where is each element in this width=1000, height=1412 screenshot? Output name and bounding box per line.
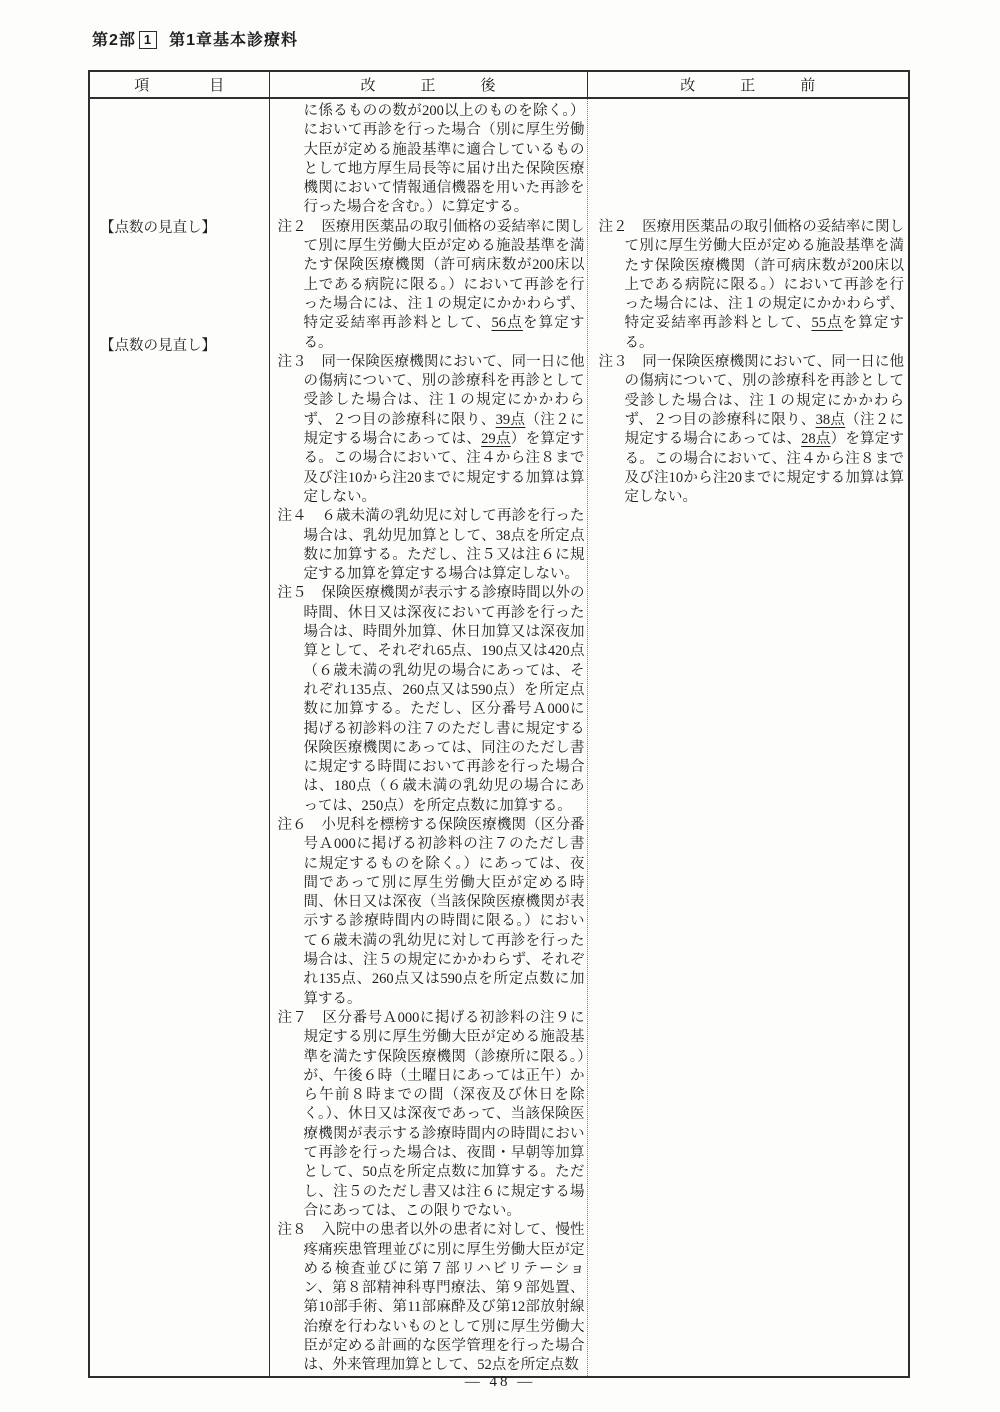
- doc-header-part: 第2部: [92, 32, 136, 49]
- note-text: ６歳未満の乳幼児に対して再診を行った場合は、乳幼児加算として、38点を所定点数に…: [304, 508, 585, 582]
- after-cell: に係るものの数が200以上のものを除く。）において再診を行った場合（別に厚生労働…: [269, 98, 587, 1377]
- points-value-underlined: 38点: [816, 412, 846, 428]
- note-block-注５: 注５ 保険医療機関が表示する診療時間以外の時間、休日又は深夜において再診を行った…: [278, 584, 585, 816]
- revision-table: 項 目 改 正 後 改 正 前 【点数の見直し】 【点数の見直し】 に係るものの…: [88, 70, 910, 1378]
- points-value-underlined: 28点: [801, 431, 830, 447]
- doc-header-boxed-number: 1: [139, 31, 157, 49]
- page: { "header": { "part": "第2部", "boxed_numb…: [0, 0, 1000, 1412]
- note-label: 注６: [278, 817, 322, 833]
- note-block-continuation: に係るものの数が200以上のものを除く。）において再診を行った場合（別に厚生労働…: [278, 102, 585, 218]
- note-block-注４: 注４ ６歳未満の乳幼児に対して再診を行った場合は、乳幼児加算として、38点を所定…: [278, 507, 585, 584]
- note-label: 注２: [278, 219, 322, 235]
- note-text: 入院中の患者以外の患者に対して、慢性疼痛疾患管理並びに別に厚生労働大臣が定める検…: [304, 1222, 585, 1373]
- note-label: 注７: [278, 1010, 323, 1026]
- note-block-注６: 注６ 小児科を標榜する保険医療機関（区分番号Ａ000に掲げる初診料の注７のただし…: [278, 816, 585, 1009]
- note-label: 注８: [278, 1222, 322, 1238]
- points-value-underlined: 56点: [492, 315, 523, 331]
- points-value-underlined: 55点: [811, 315, 842, 331]
- table-body-row: 【点数の見直し】 【点数の見直し】 に係るものの数が200以上のものを除く。）に…: [89, 98, 909, 1377]
- note-label: 注３: [278, 354, 322, 370]
- before-cell: 注２ 医療用医薬品の取引価格の妥結率に関して別に厚生労働大臣が定める施設基準を満…: [587, 98, 909, 1377]
- note-label: 注４: [278, 508, 322, 524]
- note-block-注３: 注３ 同一保険医療機関において、同一日に他の傷病について、別の診療科を再診として…: [599, 353, 905, 507]
- note-label: 注２: [599, 219, 643, 235]
- table-header-row: 項 目 改 正 後 改 正 前: [89, 71, 909, 98]
- note-block-注２: 注２ 医療用医薬品の取引価格の妥結率に関して別に厚生労働大臣が定める施設基準を満…: [599, 218, 905, 353]
- col-header-after: 改 正 後: [269, 71, 587, 98]
- points-value-underlined: 39点: [496, 412, 526, 428]
- note-text: 保険医療機関が表示する診療時間以外の時間、休日又は深夜において再診を行った場合は…: [304, 585, 585, 813]
- note-text: 小児科を標榜する保険医療機関（区分番号Ａ000に掲げる初診料の注７のただし書に規…: [304, 817, 585, 1007]
- note-label: 注３: [599, 354, 643, 370]
- col-header-item: 項 目: [89, 71, 269, 98]
- item-cell: 【点数の見直し】 【点数の見直し】: [89, 98, 269, 1377]
- note-block-注２: 注２ 医療用医薬品の取引価格の妥結率に関して別に厚生労働大臣が定める施設基準を満…: [278, 218, 585, 353]
- note-block-注３: 注３ 同一保険医療機関において、同一日に他の傷病について、別の診療科を再診として…: [278, 353, 585, 507]
- page-number: ― 48 ―: [0, 1374, 1000, 1391]
- col-header-before: 改 正 前: [587, 71, 909, 98]
- item-label-1: 【点数の見直し】: [100, 219, 216, 238]
- doc-header: 第2部1第1章基本診療料: [92, 27, 298, 50]
- note-block-注７: 注７ 区分番号Ａ000に掲げる初診料の注９に規定する別に厚生労働大臣が定める施設…: [278, 1009, 585, 1221]
- note-text: に係るものの数が200以上のものを除く。）において再診を行った場合（別に厚生労働…: [304, 103, 585, 215]
- note-block-注８: 注８ 入院中の患者以外の患者に対して、慢性疼痛疾患管理並びに別に厚生労働大臣が定…: [278, 1221, 585, 1375]
- doc-header-chapter: 第1章基本診療料: [169, 32, 298, 49]
- note-label: 注５: [278, 585, 322, 601]
- item-label-2: 【点数の見直し】: [100, 337, 216, 356]
- note-text: 区分番号Ａ000に掲げる初診料の注９に規定する別に厚生労働大臣が定める施設基準を…: [304, 1010, 585, 1219]
- points-value-underlined: 29点: [481, 431, 511, 447]
